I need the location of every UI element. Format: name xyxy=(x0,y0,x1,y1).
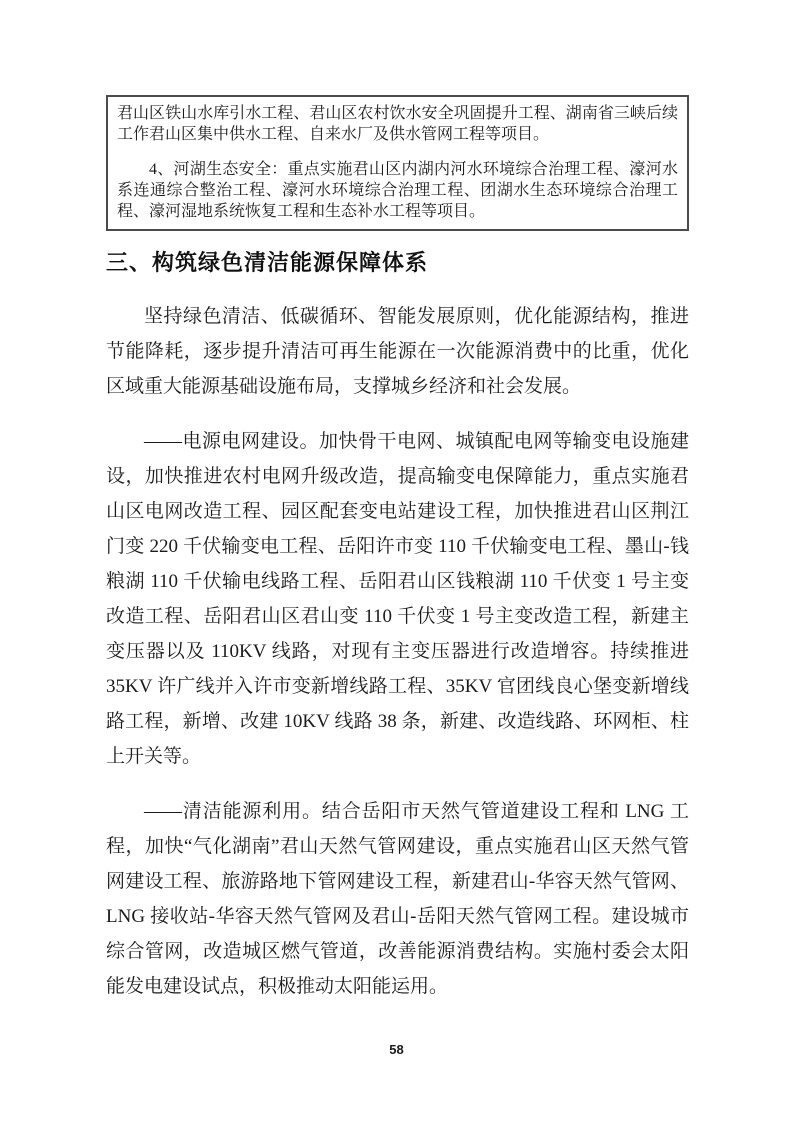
section-heading-clean-energy: 三、构筑绿色清洁能源保障体系 xyxy=(106,248,689,278)
page-number: 58 xyxy=(0,1042,793,1057)
paragraph-energy-principles: 坚持绿色清洁、低碳循环、智能发展原则，优化能源结构，推进节能降耗，逐步提升清洁可… xyxy=(106,299,689,404)
document-page: 君山区铁山水库引水工程、君山区农村饮水安全巩固提升工程、湖南省三峡后续工作君山区… xyxy=(0,0,793,1122)
box-paragraph-water-supply: 君山区铁山水库引水工程、君山区农村饮水安全巩固提升工程、湖南省三峡后续工作君山区… xyxy=(117,103,678,145)
paragraph-power-grid-construction: ——电源电网建设。加快骨干电网、城镇配电网等输变电设施建设，加快推进农村电网升级… xyxy=(106,424,689,774)
box-paragraph-river-lake-ecology: 4、河湖生态安全：重点实施君山区内湖内河水环境综合治理工程、濠河水系连通综合整治… xyxy=(117,159,678,222)
continued-text-box: 君山区铁山水库引水工程、君山区农村饮水安全巩固提升工程、湖南省三峡后续工作君山区… xyxy=(106,95,689,231)
page-content-area: 君山区铁山水库引水工程、君山区农村饮水安全巩固提升工程、湖南省三峡后续工作君山区… xyxy=(106,0,689,1004)
paragraph-clean-energy-utilization: ——清洁能源利用。结合岳阳市天然气管道建设工程和 LNG 工程，加快“气化湖南”… xyxy=(106,794,689,1004)
